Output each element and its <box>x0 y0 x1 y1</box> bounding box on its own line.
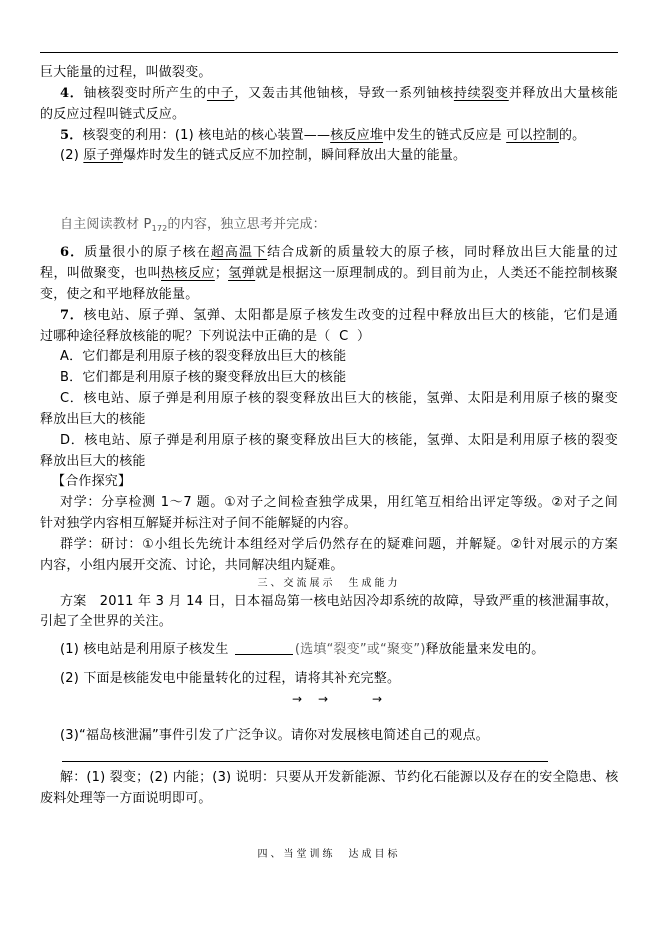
text-line: (2) 原子弹爆炸时发生的链式反应不加控制，瞬间释放出大量的能量。 <box>60 146 618 166</box>
question-4: 4．铀核裂变时所产生的中子，又轰击其他铀核，导致一系列铀核持续裂变并释放出大量核… <box>60 84 618 104</box>
option-label: A． <box>60 349 82 364</box>
question-number: 5． <box>60 128 82 143</box>
option-label: C． <box>60 391 84 406</box>
section-heading-3: 三、交流展示 生成能力 <box>0 574 658 594</box>
fill-blank[interactable] <box>235 642 293 655</box>
question-number: 4． <box>60 86 83 101</box>
text-line: 程，叫做聚变，也叫热核反应；氢弹就是根据这一原理制成的。到目前为止，人类还不能控… <box>40 264 618 284</box>
text: 爆炸时发生的链式反应不加控制，瞬间释放出大量的能量。 <box>123 148 466 163</box>
text: 中发生的链式反应是 <box>383 128 502 143</box>
answer-blank: 核反应堆 <box>330 128 383 143</box>
cooperation-title: 【合作探究】 <box>52 472 630 492</box>
group-study-line: 群学：研讨：①小组长先统计本组经对学后仍然存在的疑难问题，并解疑。②针对展示的方… <box>60 535 618 555</box>
section-heading-4: 四、当堂训练 达成目标 <box>0 845 658 865</box>
question-number: 7． <box>60 308 83 323</box>
text: 并释放出大量核能 <box>509 86 618 101</box>
text-line: 的反应过程叫链式反应。 <box>40 105 618 125</box>
page-subscript: 172 <box>152 224 168 233</box>
answer-blank: 可以控制 <box>506 128 559 143</box>
solution-line: 解：(1) 裂变；(2) 内能；(3) 说明：只要从开发新能源、节约化石能源以及… <box>60 768 618 788</box>
text-line: 过哪种途径释放核能的呢？下列说法中正确的是（ C ） <box>40 327 618 347</box>
answer-blank: 持续裂变 <box>454 86 509 101</box>
arrow-icon: → <box>372 692 382 706</box>
option-d: D．核电站、原子弹是利用原子核的聚变释放出巨大的核能，氢弹、太阳是利用原子核的裂… <box>60 431 618 451</box>
text: ； <box>215 266 228 281</box>
option-label: B． <box>60 370 82 385</box>
text-line: 巨大能量的过程，叫做裂变。 <box>40 63 618 83</box>
text: 的内容，独立思考并完成： <box>167 217 325 232</box>
answer-choice: C <box>339 329 348 344</box>
option-label: D． <box>60 433 84 448</box>
option-d-cont: 释放出巨大的核能 <box>40 452 618 472</box>
text: 质量很小的原子核在 <box>84 245 211 260</box>
plan-question-3: (3)“福岛核泄漏”事件引发了广泛争议。请你对发展核电简述自己的观点。 <box>60 726 618 746</box>
answer-blank: 中子 <box>207 86 234 101</box>
option-text: 核电站、原子弹是利用原子核的裂变释放出巨大的核能，氢弹、太阳是利用原子核的聚变 <box>84 391 618 406</box>
text: 释放能量来发电的。 <box>426 642 545 657</box>
text: 核电站、原子弹、氢弹、太阳都是原子核发生改变的过程中释放出巨大的核能，它们是通 <box>83 308 618 323</box>
reading-prompt: 自主阅读教材 P172的内容，独立思考并完成： <box>60 215 618 239</box>
question-5: 5．核裂变的利用：(1) 核电站的核心装置——核反应堆中发生的链式反应是 可以控… <box>60 126 618 146</box>
question-number: 6． <box>60 245 84 260</box>
text: 自主阅读教材 P <box>60 217 152 232</box>
text: 过哪种途径释放核能的呢？下列说法中正确的是（ <box>40 329 330 344</box>
option-b: B．它们都是利用原子核的聚变释放出巨大的核能 <box>60 368 618 388</box>
option-c: C．核电站、原子弹是利用原子核的裂变释放出巨大的核能，氢弹、太阳是利用原子核的聚… <box>60 389 618 409</box>
pair-study-line: 对学：分享检测 1～7 题。①对子之间检查独学成果，用红笔互相给出评定等级。②对… <box>60 493 618 513</box>
question-6: 6．质量很小的原子核在超高温下结合成新的质量较大的原子核，同时释放出巨大能量的过 <box>60 243 618 263</box>
text: 就是根据这一原理制成的。到目前为止，人类还不能控制核聚 <box>255 266 618 281</box>
option-text: 它们都是利用原子核的裂变释放出巨大的核能 <box>82 349 346 364</box>
plan-question-1: (1) 核电站是利用原子核发生 (选填“裂变”或“聚变”)释放能量来发电的。 <box>60 640 618 660</box>
hint-text: (选填“裂变”或“聚变”) <box>295 642 426 657</box>
text: 结合成新的质量较大的原子核，同时释放出巨大能量的过 <box>267 245 618 260</box>
answer-blank: 氢弹 <box>228 266 255 281</box>
header-rule <box>40 52 618 53</box>
text-line: 内容，小组内展开交流、讨论，共同解决组内疑难。 <box>40 556 618 576</box>
text: ，又轰击其他铀核，导致一系列铀核 <box>234 86 453 101</box>
text-line: 废料处理等一方面说明即可。 <box>40 789 618 809</box>
answer-blank: 原子弹 <box>83 148 123 163</box>
text-line: 变，使之和平地释放能量。 <box>40 285 618 305</box>
text: 的。 <box>559 128 585 143</box>
text: (2) <box>60 148 83 163</box>
text: 核裂变的利用：(1) 核电站的核心装置—— <box>82 128 330 143</box>
answer-blank: 超高温下 <box>211 245 267 260</box>
answer-blank: 热核反应 <box>161 266 215 281</box>
option-text: 它们都是利用原子核的聚变释放出巨大的核能 <box>82 370 346 385</box>
arrow-icon: → <box>318 692 328 706</box>
text: ） <box>357 329 370 344</box>
plan-question-2: (2) 下面是核能发电中能量转化的过程，请将其补充完整。 <box>60 669 618 689</box>
text-line: 针对独学内容相互解疑并标注对子间不能解疑的内容。 <box>40 514 618 534</box>
text-line: 引起了全世界的关注。 <box>40 612 618 632</box>
arrow-icon: → <box>292 692 302 706</box>
text: 铀核裂变时所产生的 <box>83 86 206 101</box>
option-a: A．它们都是利用原子核的裂变释放出巨大的核能 <box>60 347 618 367</box>
option-c-cont: 释放出巨大的核能 <box>40 410 618 430</box>
question-7: 7．核电站、原子弹、氢弹、太阳都是原子核发生改变的过程中释放出巨大的核能，它们是… <box>60 306 618 326</box>
text: 程，叫做聚变，也叫 <box>40 266 161 281</box>
text: (1) 核电站是利用原子核发生 <box>60 642 229 657</box>
plan-line: 方案 2011 年 3 月 14 日，日本福岛第一核电站因冷却系统的故障，导致严… <box>60 592 618 612</box>
option-text: 核电站、原子弹是利用原子核的聚变释放出巨大的核能，氢弹、太阳是利用原子核的裂变 <box>84 433 618 448</box>
answer-line[interactable] <box>62 761 548 762</box>
